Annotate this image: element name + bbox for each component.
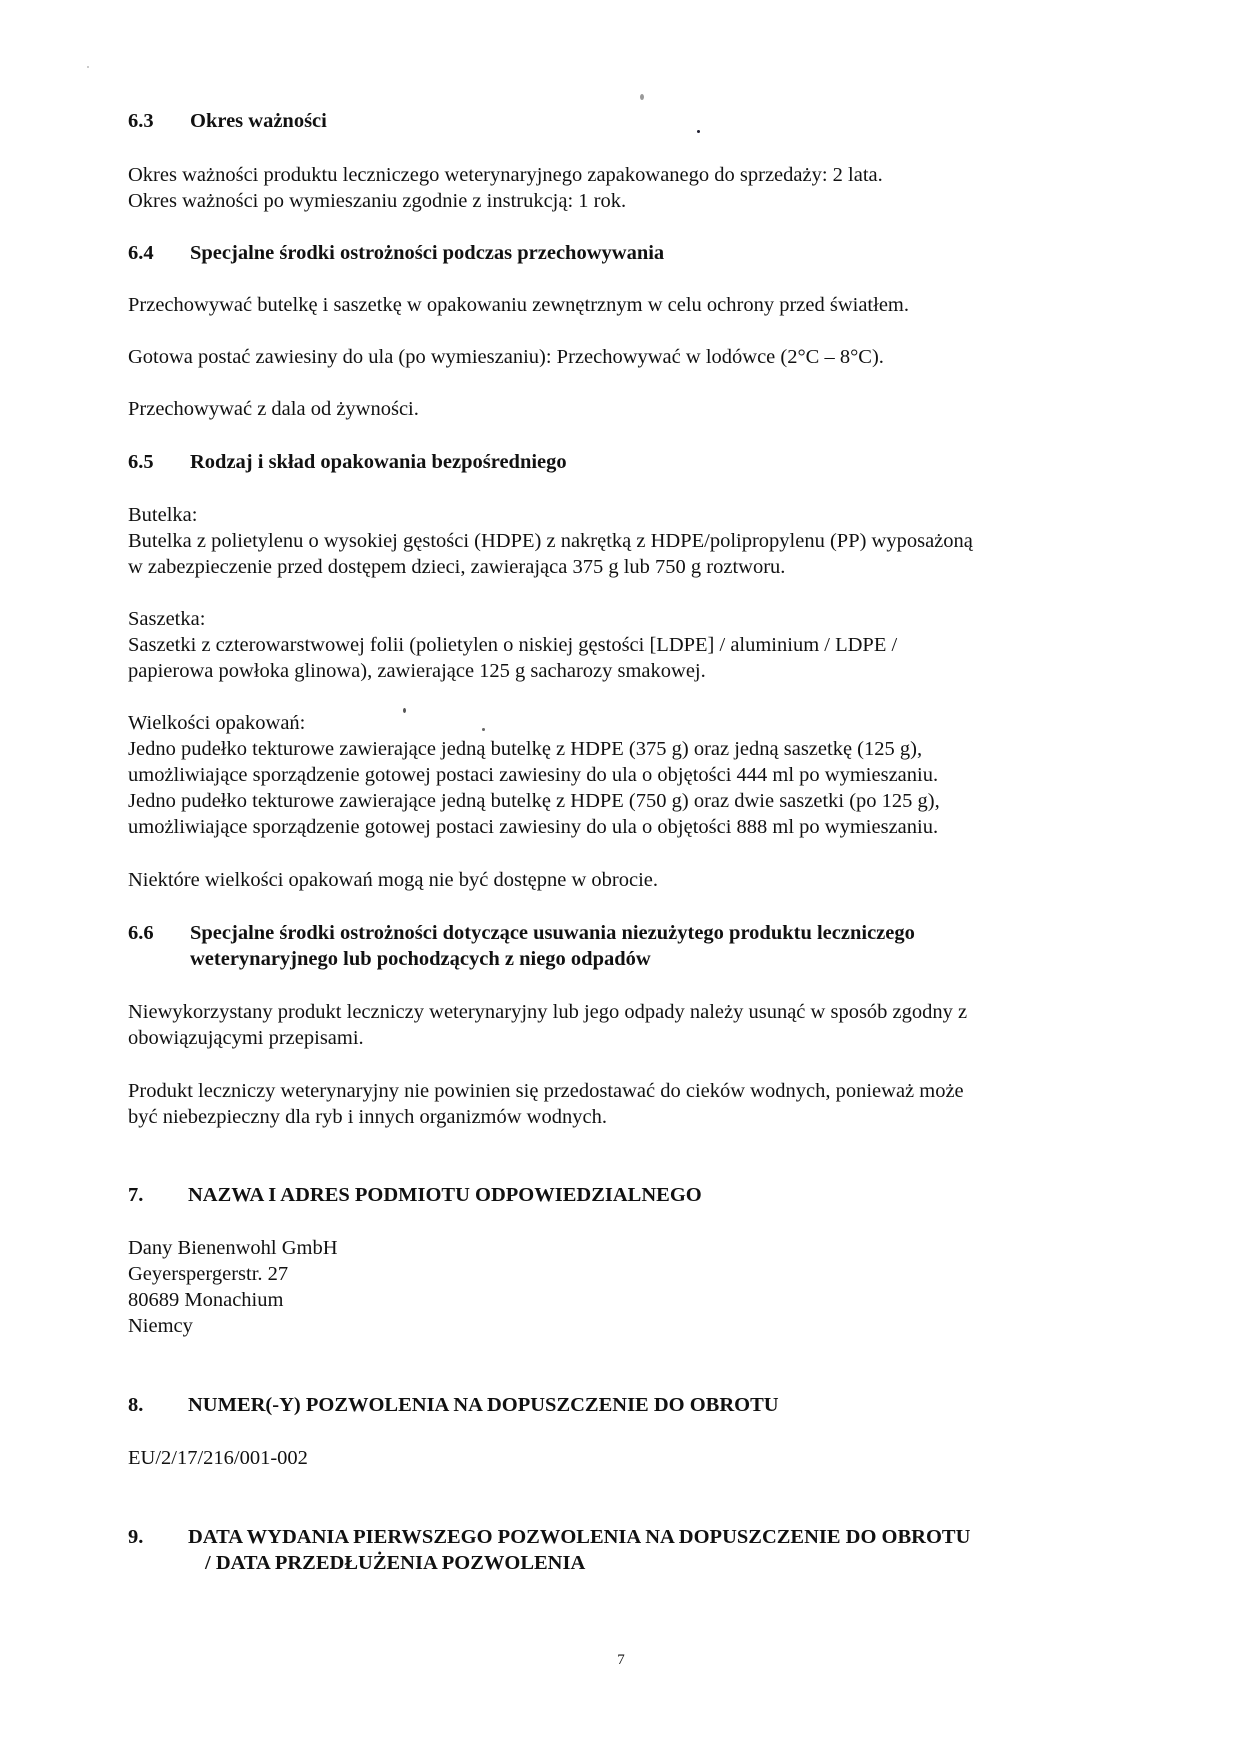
- availability-note: Niektóre wielkości opakowań mogą nie być…: [128, 867, 658, 894]
- section-number: 6.6: [128, 920, 190, 947]
- section-6-6-heading: 6.6Specjalne środki ostrożności dotycząc…: [128, 920, 915, 947]
- pack-sizes-line-3: Jedno pudełko tekturowe zawierające jedn…: [128, 788, 940, 815]
- address-line-1: Dany Bienenwohl GmbH: [128, 1235, 338, 1262]
- section-title: Specjalne środki ostrożności podczas prz…: [190, 242, 664, 264]
- section-number: 6.3: [128, 108, 190, 135]
- pack-sizes-label: Wielkości opakowań:: [128, 710, 305, 737]
- storage-paragraph-3: Przechowywać z dala od żywności.: [128, 396, 419, 423]
- authorisation-number: EU/2/17/216/001-002: [128, 1445, 308, 1472]
- sachet-line-2: papierowa powłoka glinowa), zawierające …: [128, 658, 706, 685]
- sachet-line-1: Saszetki z czterowarstwowej folii (polie…: [128, 632, 897, 659]
- scan-speck: [640, 94, 644, 100]
- section-6-5-heading: 6.5Rodzaj i skład opakowania bezpośredni…: [128, 449, 567, 476]
- scan-speck: [403, 708, 406, 713]
- section-title: Rodzaj i skład opakowania bezpośredniego: [190, 451, 567, 473]
- shelf-life-line-1: Okres ważności produktu leczniczego wete…: [128, 162, 883, 189]
- section-number: 6.5: [128, 449, 190, 476]
- section-number: 8.: [128, 1392, 188, 1419]
- section-8-heading: 8.NUMER(-Y) POZWOLENIA NA DOPUSZCZENIE D…: [128, 1392, 779, 1419]
- pack-sizes-line-4: umożliwiające sporządzenie gotowej posta…: [128, 814, 938, 841]
- disposal-p1-line-2: obowiązującymi przepisami.: [128, 1025, 364, 1052]
- address-line-3: 80689 Monachium: [128, 1287, 283, 1314]
- scan-speck: [482, 728, 485, 731]
- bottle-line-1: Butelka z polietylenu o wysokiej gęstośc…: [128, 528, 973, 555]
- bottle-line-2: w zabezpieczenie przed dostępem dzieci, …: [128, 554, 785, 581]
- pack-sizes-line-2: umożliwiające sporządzenie gotowej posta…: [128, 762, 938, 789]
- section-number: 9.: [128, 1524, 188, 1551]
- section-6-4-heading: 6.4Specjalne środki ostrożności podczas …: [128, 240, 664, 267]
- section-7-heading: 7.NAZWA I ADRES PODMIOTU ODPOWIEDZIALNEG…: [128, 1182, 702, 1209]
- section-title: NUMER(-Y) POZWOLENIA NA DOPUSZCZENIE DO …: [188, 1394, 779, 1416]
- section-9-heading: 9.DATA WYDANIA PIERWSZEGO POZWOLENIA NA …: [128, 1524, 970, 1551]
- section-number: 6.4: [128, 240, 190, 267]
- bottle-label: Butelka:: [128, 502, 197, 529]
- scan-speck: [87, 66, 89, 68]
- sachet-label: Saszetka:: [128, 606, 205, 633]
- section-title-line-1: Specjalne środki ostrożności dotyczące u…: [190, 922, 915, 944]
- section-number: 7.: [128, 1182, 188, 1209]
- storage-paragraph-1: Przechowywać butelkę i saszetkę w opakow…: [128, 292, 909, 319]
- disposal-p2-line-1: Produkt leczniczy weterynaryjny nie powi…: [128, 1078, 964, 1105]
- section-6-3-heading: 6.3Okres ważności: [128, 108, 327, 135]
- shelf-life-line-2: Okres ważności po wymieszaniu zgodnie z …: [128, 188, 626, 215]
- page-number: 7: [0, 1652, 1242, 1669]
- section-title: NAZWA I ADRES PODMIOTU ODPOWIEDZIALNEGO: [188, 1184, 702, 1206]
- section-6-6-heading-line-2: weterynaryjnego lub pochodzących z niego…: [190, 946, 651, 973]
- section-title-line-1: DATA WYDANIA PIERWSZEGO POZWOLENIA NA DO…: [188, 1526, 970, 1548]
- scan-speck: [697, 130, 700, 133]
- address-line-2: Geyerspergerstr. 27: [128, 1261, 288, 1288]
- disposal-p2-line-2: być niebezpieczny dla ryb i innych organ…: [128, 1104, 607, 1131]
- pack-sizes-line-1: Jedno pudełko tekturowe zawierające jedn…: [128, 736, 922, 763]
- storage-paragraph-2: Gotowa postać zawiesiny do ula (po wymie…: [128, 344, 884, 371]
- section-title: Okres ważności: [190, 110, 327, 132]
- section-9-heading-line-2: / DATA PRZEDŁUŻENIA POZWOLENIA: [205, 1550, 585, 1577]
- disposal-p1-line-1: Niewykorzystany produkt leczniczy wetery…: [128, 999, 967, 1026]
- address-line-4: Niemcy: [128, 1313, 193, 1340]
